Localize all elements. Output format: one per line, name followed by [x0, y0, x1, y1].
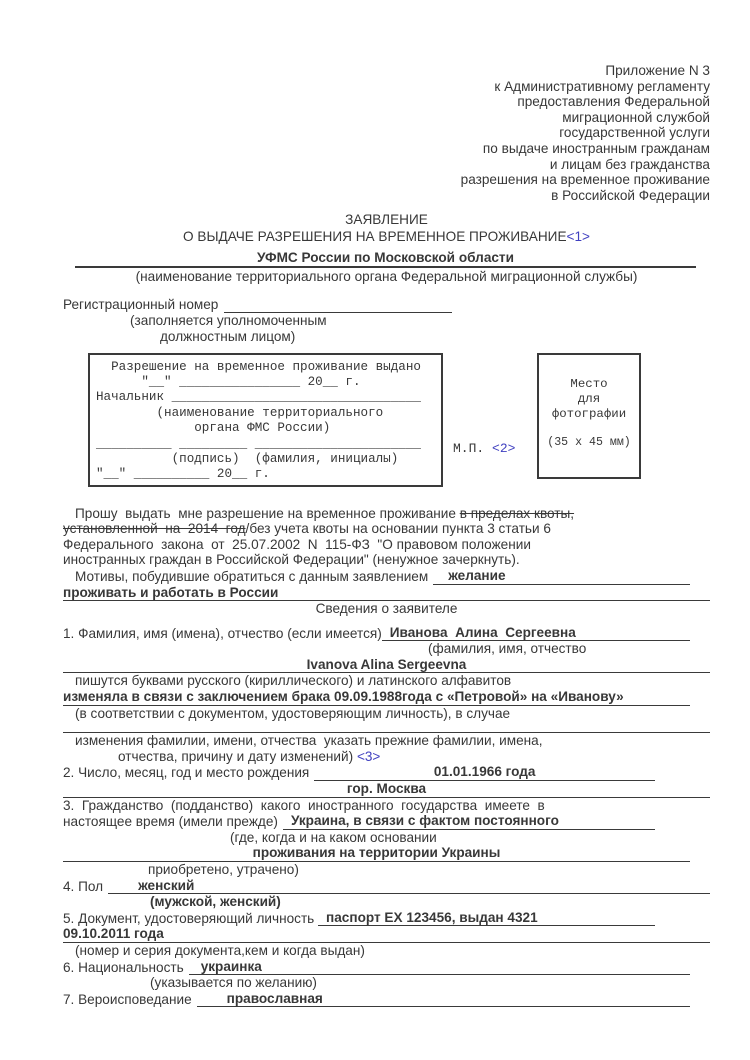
q7-label: 7. Вероисповедание — [63, 992, 192, 1008]
field-birthplace: гор. Москва — [63, 781, 710, 798]
field-nationality: украинка — [189, 959, 690, 976]
q1-caption-3: (в соответствии с документом, удостоверя… — [63, 706, 710, 722]
permit-box-line: Начальник ______________________________… — [96, 390, 441, 405]
intro-line-2: установленной на 2014 год/без учета квот… — [63, 521, 710, 537]
permit-box-line: "__" __________ 20__ г. — [96, 467, 441, 482]
org-name-caption: (наименование территориального органа Фе… — [63, 268, 710, 286]
q2-label: 2. Число, месяц, год и место рождения — [63, 765, 309, 781]
registration-number-line — [224, 298, 452, 313]
footnote-ref-1: <1> — [567, 229, 590, 244]
q3-citizenship-row: настоящее время (имели прежде) Украина, … — [63, 813, 710, 830]
q6-caption: (указывается по желанию) — [63, 975, 710, 991]
field-id-document: паспорт EX 123456, выдан 4321 — [318, 910, 655, 927]
permit-issued-box: Разрешение на временное проживание выдан… — [88, 353, 443, 487]
permit-box-line: органа ФМС России) — [96, 421, 441, 436]
q5-document-row: 5. Документ, удостоверяющий личность пас… — [63, 910, 710, 927]
registration-number-block: Регистрационный номер (заполняется уполн… — [63, 296, 710, 344]
org-name-field: УФМС России по Московской области — [75, 250, 696, 268]
application-body: Прошу выдать мне разрешение на временное… — [63, 506, 710, 1008]
q5-caption: (номер и серия документа,кем и когда выд… — [63, 943, 710, 959]
application-form-page: Приложение N 3 к Административному регла… — [0, 0, 750, 1060]
q1-caption-2: пишутся буквами русского (кириллического… — [63, 673, 710, 689]
field-name-change: изменяла в связи с заключением брака 09.… — [63, 689, 690, 706]
footnote-ref-3: <3> — [357, 749, 380, 764]
field-citizenship-2: проживания на территории Украины — [63, 845, 690, 862]
title-line-2: О ВЫДАЧЕ РАЗРЕШЕНИЯ НА ВРЕМЕННОЕ ПРОЖИВА… — [63, 228, 710, 245]
q3-label-line-1: 3. Гражданство (подданство) какого иност… — [63, 798, 710, 814]
appendix-line: предоставления Федеральной — [63, 94, 710, 110]
section-header: Сведения о заявителе — [63, 601, 710, 617]
q3-caption-1: (где, когда и на каком основании — [63, 830, 710, 846]
field-motives-value-2: проживать и работать в России — [63, 585, 710, 602]
appendix-line: и лицам без гражданства — [63, 157, 710, 173]
intro-line-3: Федерального закона от 25.07.2002 N 115-… — [63, 537, 710, 553]
registration-caption-2: должностным лицом) — [63, 329, 710, 345]
strikethrough-text: установленной на 2014 год — [63, 521, 246, 536]
appendix-line: Приложение N 3 — [63, 63, 710, 79]
q4-label: 4. Пол — [63, 879, 103, 895]
q1-label: 1. Фамилия, имя (имена), отчество (если … — [63, 626, 382, 642]
appendix-line: разрешения на временное проживание — [63, 172, 710, 188]
footnote-ref-2: <2> — [492, 441, 515, 456]
q7-religion-row: 7. Вероисповедание православная — [63, 991, 710, 1008]
intro-text: /без учета квоты на основании пункта 3 с… — [246, 521, 551, 536]
field-citizenship: Украина, в связи с фактом постоянного — [283, 813, 655, 830]
permit-box-line: __________ _________ ___________________… — [96, 437, 441, 452]
registration-caption-1: (заполняется уполномоченным — [63, 313, 710, 329]
permit-box-line: (наименование территориального — [96, 406, 441, 421]
field-religion: православная — [197, 991, 690, 1008]
permit-box-line: Разрешение на временное проживание выдан… — [96, 360, 441, 375]
title-line-1: ЗАЯВЛЕНИЕ — [63, 211, 710, 228]
appendix-line: к Административному регламенту — [63, 79, 710, 95]
permit-box-line: "__" ________________ 20__ г. — [96, 375, 441, 390]
q2-birthdate-row: 2. Число, месяц, год и место рождения 01… — [63, 764, 710, 781]
permit-box-line: (подпись) (фамилия, инициалы) — [96, 452, 441, 467]
motives-row: Мотивы, побудившие обратиться с данным з… — [63, 568, 710, 585]
separator-line — [63, 721, 710, 733]
stamp-label: М.П. — [453, 441, 484, 456]
intro-text: Прошу выдать мне разрешение на временное… — [75, 506, 460, 521]
field-id-document-2: 09.10.2011 года — [63, 926, 710, 943]
appendix-block: Приложение N 3 к Административному регла… — [63, 0, 710, 203]
stamp-mark: М.П. <2> — [453, 441, 515, 456]
q1-caption-1: (фамилия, имя, отчество — [63, 641, 710, 657]
appendix-line: в Российской Федерации — [63, 188, 710, 204]
registration-number-label: Регистрационный номер — [63, 296, 218, 313]
intro-line-4: иностранных граждан в Российской Федерац… — [63, 552, 710, 568]
photo-box-line: фотографии — [539, 407, 639, 422]
q3-caption-2: приобретено, утрачено) — [63, 862, 710, 878]
field-birthdate: 01.01.1966 года — [314, 764, 655, 781]
field-name-lat: Ivanova Alina Sergeevna — [63, 657, 710, 674]
q1-caption-5-text: отчества, причину и дату изменений) — [118, 749, 353, 764]
motives-label: Мотивы, побудившие обратиться с данным з… — [75, 569, 428, 585]
appendix-line: миграционной службой — [63, 110, 710, 126]
q4-caption: (мужской, женский) — [63, 894, 710, 910]
appendix-line: по выдаче иностранным гражданам — [63, 141, 710, 157]
q1-name-row: 1. Фамилия, имя (имена), отчество (если … — [63, 625, 710, 642]
q1-caption-5: отчества, причину и дату изменений) <3> — [63, 749, 710, 765]
field-motives-value-1: желание — [433, 568, 690, 585]
intro-line-1: Прошу выдать мне разрешение на временное… — [63, 506, 710, 522]
q5-label: 5. Документ, удостоверяющий личность — [63, 911, 318, 927]
field-sex: женский — [108, 878, 710, 895]
photo-box-line: Место — [539, 377, 639, 392]
appendix-line: государственной услуги — [63, 125, 710, 141]
photo-box-line: для — [539, 392, 639, 407]
registration-number-row: Регистрационный номер — [63, 296, 710, 313]
photo-size-caption: (35 x 45 мм) — [539, 435, 639, 450]
q6-label: 6. Национальность — [63, 960, 184, 976]
photo-placeholder-box: Место для фотографии (35 x 45 мм) — [537, 353, 641, 479]
permit-photo-row: Разрешение на временное проживание выдан… — [88, 353, 710, 487]
q1-caption-4: изменения фамилии, имени, отчества указа… — [63, 733, 710, 749]
q3-label-line-2: настоящее время (имели прежде) — [63, 814, 278, 830]
q4-sex-row: 4. Пол женский — [63, 878, 710, 895]
strikethrough-text: в пределах квоты, — [460, 506, 574, 521]
document-title: ЗАЯВЛЕНИЕ О ВЫДАЧЕ РАЗРЕШЕНИЯ НА ВРЕМЕНН… — [63, 211, 710, 245]
field-name-ru: Иванова Алина Сергеевна — [382, 625, 690, 642]
q6-nationality-row: 6. Национальность украинка — [63, 959, 710, 976]
